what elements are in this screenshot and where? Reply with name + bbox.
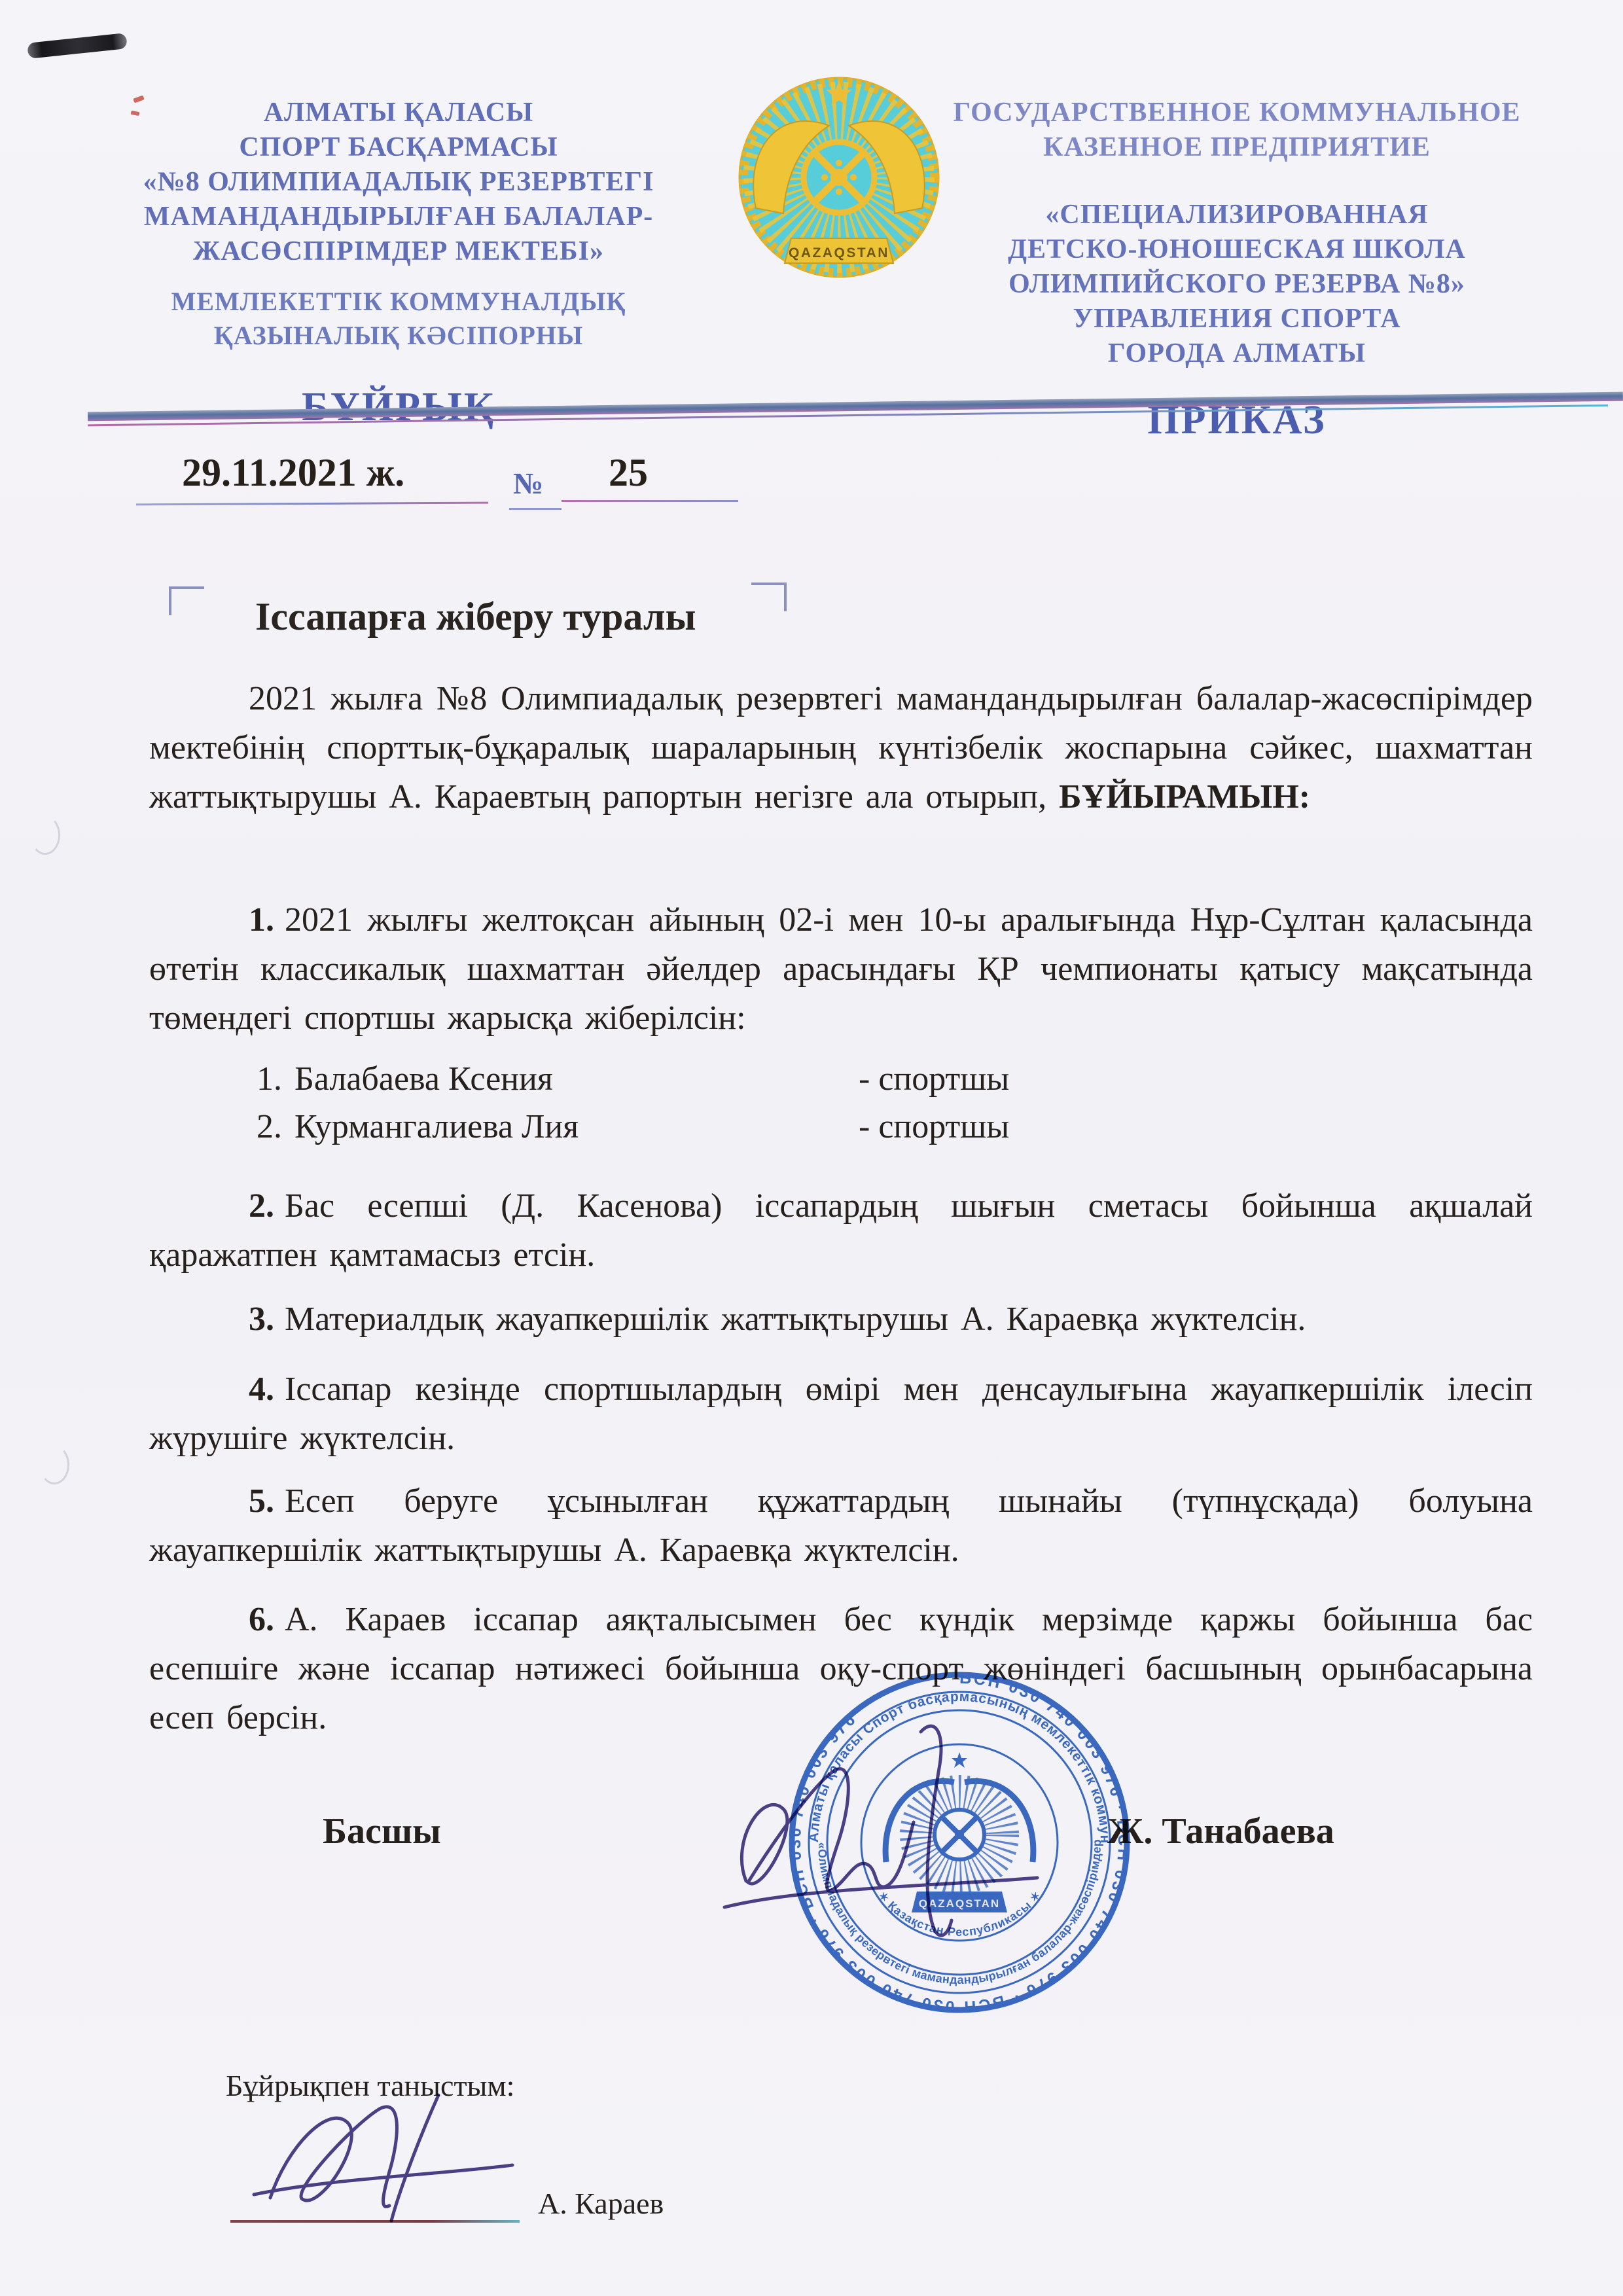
- item-number: 1.: [249, 901, 274, 939]
- order-item-3: 3.Материалдық жауапкершілік жаттықтырушы…: [149, 1295, 1533, 1344]
- scan-smudge: [39, 1445, 69, 1484]
- org-name-line: «СПЕЦИАЛИЗИРОВАННАЯ: [935, 198, 1539, 232]
- list-item: 1. Балабаева Ксения - спортшы: [257, 1055, 1009, 1103]
- number-underline: [562, 500, 738, 502]
- director-signature: [684, 1710, 1050, 1984]
- org-name-line: «№8 ОЛИМПИАДАЛЫҚ РЕЗЕРВТЕГІ: [107, 165, 690, 200]
- number-sign-underline: [509, 508, 562, 510]
- scanned-order-document: АЛМАТЫ ҚАЛАСЫ СПОРТ БАСҚАРМАСЫ «№8 ОЛИМП…: [0, 0, 1623, 2296]
- item-text: Бас есепші (Д. Касенова) іссапардың шығы…: [149, 1187, 1533, 1274]
- item-number: 2.: [249, 1187, 274, 1225]
- org-name-line: ГОРОДА АЛМАТЫ: [935, 336, 1539, 371]
- order-item-4: 4.Іссапар кезінде спортшылардың өмірі ме…: [149, 1365, 1533, 1463]
- number-sign: №: [513, 466, 543, 501]
- athlete-role: - спортшы: [859, 1103, 1009, 1151]
- org-name-line: МАМАНДАНДЫРЫЛҒАН БАЛАЛАР-: [107, 200, 690, 234]
- order-item-1: 1.2021 жылғы желтоқсан айының 02-і мен 1…: [149, 895, 1533, 1043]
- item-text: Іссапар кезінде спортшылардың өмірі мен …: [149, 1371, 1533, 1457]
- date-underline: [136, 502, 488, 506]
- org-type-line: КАЗЕННОЕ ПРЕДПРИЯТИЕ: [935, 130, 1539, 165]
- intro-paragraph: 2021 жылға №8 Олимпиадалық резервтегі ма…: [149, 674, 1533, 821]
- intro-text: 2021 жылға №8 Олимпиадалық резервтегі ма…: [149, 680, 1533, 816]
- org-name-line: ДЕТСКО-ЮНОШЕСКАЯ ШКОЛА: [935, 232, 1539, 267]
- athlete-name: Балабаева Ксения: [294, 1055, 859, 1103]
- item-text: 2021 жылғы желтоқсан айының 02-і мен 10-…: [149, 901, 1533, 1037]
- item-number: 3.: [249, 1300, 274, 1338]
- acknowledger-name: А. Караев: [538, 2186, 664, 2221]
- kazakhstan-coat-of-arms-icon: QAZAQSTAN: [731, 69, 947, 285]
- scan-smudge: [30, 816, 60, 855]
- header-left-kazakh: АЛМАТЫ ҚАЛАСЫ СПОРТ БАСҚАРМАСЫ «№8 ОЛИМП…: [107, 96, 690, 431]
- org-name-line: АЛМАТЫ ҚАЛАСЫ: [107, 96, 690, 130]
- order-date: 29.11.2021 ж.: [182, 450, 404, 495]
- athlete-number: 1.: [257, 1055, 294, 1103]
- org-name-line: СПОРТ БАСҚАРМАСЫ: [107, 130, 690, 165]
- coach-signature: [241, 2085, 522, 2239]
- org-subtitle-line: ҚАЗЫНАЛЫҚ КӘСІПОРНЫ: [107, 319, 690, 353]
- org-name-line: УПРАВЛЕНИЯ СПОРТА: [935, 302, 1539, 336]
- item-number: 6.: [249, 1601, 274, 1638]
- signer-name: Ж. Танабаева: [1107, 1810, 1334, 1852]
- emblem-banner-text: QAZAQSTAN: [789, 245, 889, 260]
- signer-position: Басшы: [323, 1810, 441, 1852]
- org-subtitle-line: МЕМЛЕКЕТТІК КОММУНАЛДЫҚ: [107, 285, 690, 319]
- corner-mark-right: [751, 583, 787, 611]
- item-text: Есеп беруге ұсынылған құжаттардың шынайы…: [149, 1482, 1533, 1569]
- org-type-line: ГОСУДАРСТВЕННОЕ КОММУНАЛЬНОЕ: [935, 96, 1539, 130]
- list-item: 2. Курмангалиева Лия - спортшы: [257, 1103, 1009, 1151]
- athlete-number: 2.: [257, 1103, 294, 1151]
- item-number: 5.: [249, 1482, 274, 1520]
- athlete-list: 1. Балабаева Ксения - спортшы 2. Курманг…: [257, 1055, 1009, 1151]
- order-number: 25: [609, 450, 648, 495]
- athlete-role: - спортшы: [859, 1055, 1009, 1103]
- order-item-5: 5.Есеп беруге ұсынылған құжаттардың шына…: [149, 1477, 1533, 1575]
- corner-mark-left: [169, 586, 204, 615]
- order-item-2: 2.Бас есепші (Д. Касенова) іссапардың шы…: [149, 1181, 1533, 1280]
- org-name-line: ОЛИМПИЙСКОГО РЕЗЕРВА №8»: [935, 267, 1539, 302]
- org-name-line: ЖАСӨСПІРІМДЕР МЕКТЕБІ»: [107, 234, 690, 269]
- athlete-name: Курмангалиева Лия: [294, 1103, 859, 1151]
- item-text: Материалдық жауапкершілік жаттықтырушы А…: [285, 1300, 1306, 1338]
- staple-shadow-artifact: [27, 33, 128, 59]
- item-number: 4.: [249, 1371, 274, 1408]
- header-right-russian: ГОСУДАРСТВЕННОЕ КОММУНАЛЬНОЕ КАЗЕННОЕ ПР…: [935, 96, 1539, 444]
- order-title: Іссапарға жіберу туралы: [255, 594, 696, 639]
- intro-resolve-word: БҰЙЫРАМЫН:: [1059, 778, 1310, 816]
